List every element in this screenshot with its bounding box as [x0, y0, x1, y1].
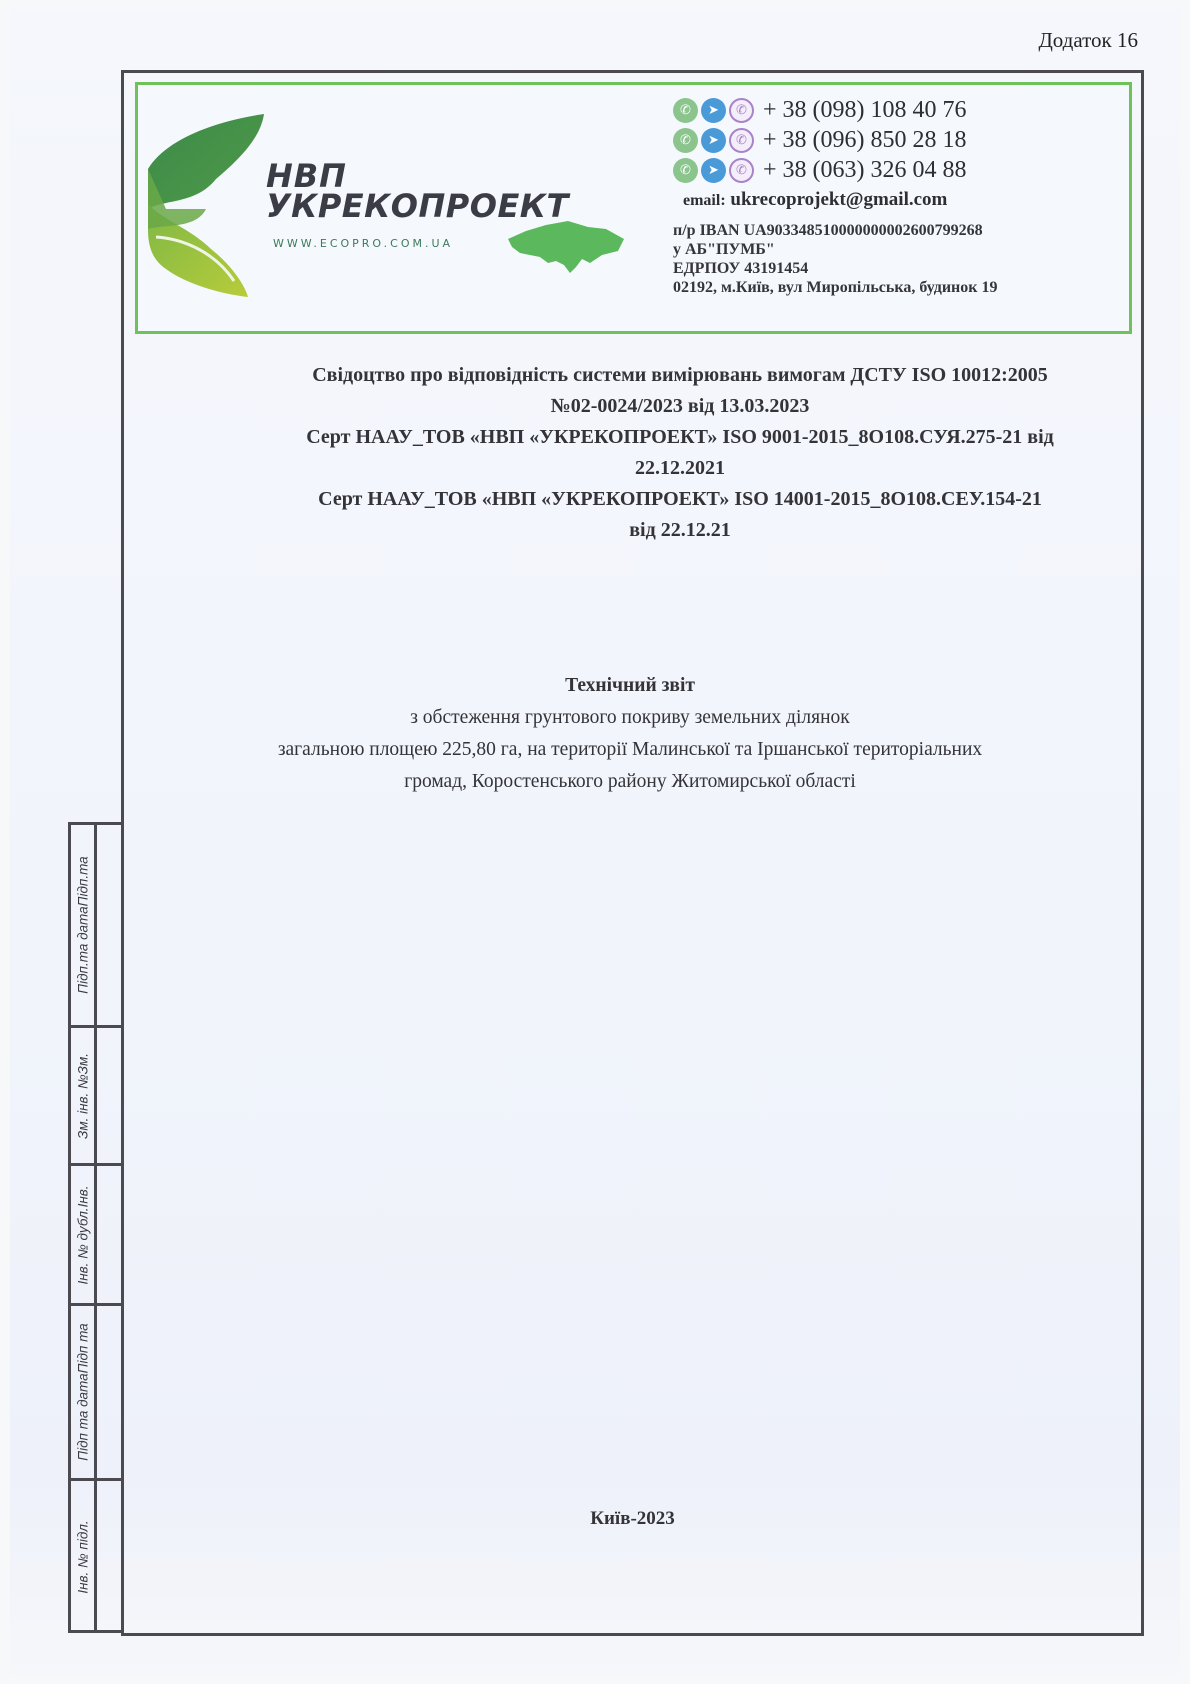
appendix-label: Додаток 16	[1038, 28, 1138, 53]
side-stamp: Підп.та датаПідп.та Зм. інв. №Зм. Інв. №…	[68, 822, 121, 1633]
stamp-label: Підп.та датаПідп.та	[75, 856, 90, 993]
whatsapp-icon: ✆	[673, 128, 698, 153]
viber-icon: ✆	[729, 128, 754, 153]
report-title: Технічний звіт	[180, 670, 1080, 702]
whatsapp-icon: ✆	[673, 158, 698, 183]
phone-row: ✆ ➤ ✆ + 38 (098) 108 40 76	[673, 95, 1123, 125]
viber-icon: ✆	[729, 98, 754, 123]
stamp-cell: Підп та датаПідп та	[71, 1303, 121, 1478]
stamp-label: Зм. інв. №Зм.	[75, 1053, 90, 1139]
phone-row: ✆ ➤ ✆ + 38 (063) 326 04 88	[673, 155, 1123, 185]
city-year: Київ-2023	[121, 1508, 1144, 1530]
report-title-block: Технічний звіт з обстеження грунтового п…	[180, 670, 1080, 798]
report-subtitle-line: загальною площею 225,80 га, на території…	[180, 734, 1080, 766]
telegram-icon: ➤	[701, 98, 726, 123]
contact-block: ✆ ➤ ✆ + 38 (098) 108 40 76 ✆ ➤ ✆ + 38 (0…	[673, 95, 1123, 297]
stamp-label: Інв. № підл.	[75, 1520, 90, 1593]
email-address: ukrecoprojekt@gmail.com	[730, 189, 947, 210]
leaf-logo-icon	[146, 109, 266, 299]
whatsapp-icon: ✆	[673, 98, 698, 123]
company-website: WWW.ECOPRO.COM.UA	[273, 237, 453, 250]
telegram-icon: ➤	[701, 128, 726, 153]
telegram-icon: ➤	[701, 158, 726, 183]
viber-icon: ✆	[729, 158, 754, 183]
email-label: email:	[683, 192, 726, 209]
phone-number: + 38 (098) 108 40 76	[763, 97, 967, 124]
certificate-line: Свідоцтво про відповідність системи вимі…	[230, 360, 1130, 391]
stamp-cell: Інв. № підл.	[71, 1478, 121, 1633]
certificate-line: Серт НААУ_ТОВ «НВП «УКРЕКОПРОЕКТ» ISO 90…	[230, 422, 1130, 453]
phone-number: + 38 (096) 850 28 18	[763, 127, 967, 154]
bank-details: п/р IBAN UA903348510000000002600799268 у…	[673, 221, 1123, 297]
edrpou-code: ЕДРПОУ 43191454	[673, 259, 1123, 278]
phone-row: ✆ ➤ ✆ + 38 (096) 850 28 18	[673, 125, 1123, 155]
certificate-line: Серт НААУ_ТОВ «НВП «УКРЕКОПРОЕКТ» ISO 14…	[230, 484, 1130, 515]
bank-name: у АБ"ПУМБ"	[673, 240, 1123, 259]
stamp-cell: Зм. інв. №Зм.	[71, 1025, 121, 1163]
report-subtitle-line: громад, Коростенського району Житомирськ…	[180, 766, 1080, 798]
certificate-line: від 22.12.21	[230, 515, 1130, 546]
company-address: 02192, м.Київ, вул Миропільська, будинок…	[673, 278, 1123, 297]
phone-number: + 38 (063) 326 04 88	[763, 157, 967, 184]
email-line: email: ukrecoprojekt@gmail.com	[683, 189, 1123, 211]
letterhead: НВП УКРЕКОПРОЕКТ WWW.ECOPRO.COM.UA ✆ ➤ ✆…	[135, 82, 1132, 334]
stamp-cell: Інв. № дубл.Інв.	[71, 1163, 121, 1303]
company-brand: НВП УКРЕКОПРОЕКТ	[266, 161, 569, 221]
report-subtitle-line: з обстеження грунтового покриву земельни…	[180, 702, 1080, 734]
certificate-line: №02-0024/2023 від 13.03.2023	[230, 391, 1130, 422]
bank-iban: п/р IBAN UA903348510000000002600799268	[673, 221, 1123, 240]
stamp-label: Підп та датаПідп та	[75, 1323, 90, 1460]
stamp-cell: Підп.та датаПідп.та	[71, 825, 121, 1025]
stamp-label: Інв. № дубл.Інв.	[75, 1185, 90, 1284]
certificates-block: Свідоцтво про відповідність системи вимі…	[230, 360, 1130, 546]
ukraine-map-icon	[506, 217, 626, 277]
certificate-line: 22.12.2021	[230, 453, 1130, 484]
